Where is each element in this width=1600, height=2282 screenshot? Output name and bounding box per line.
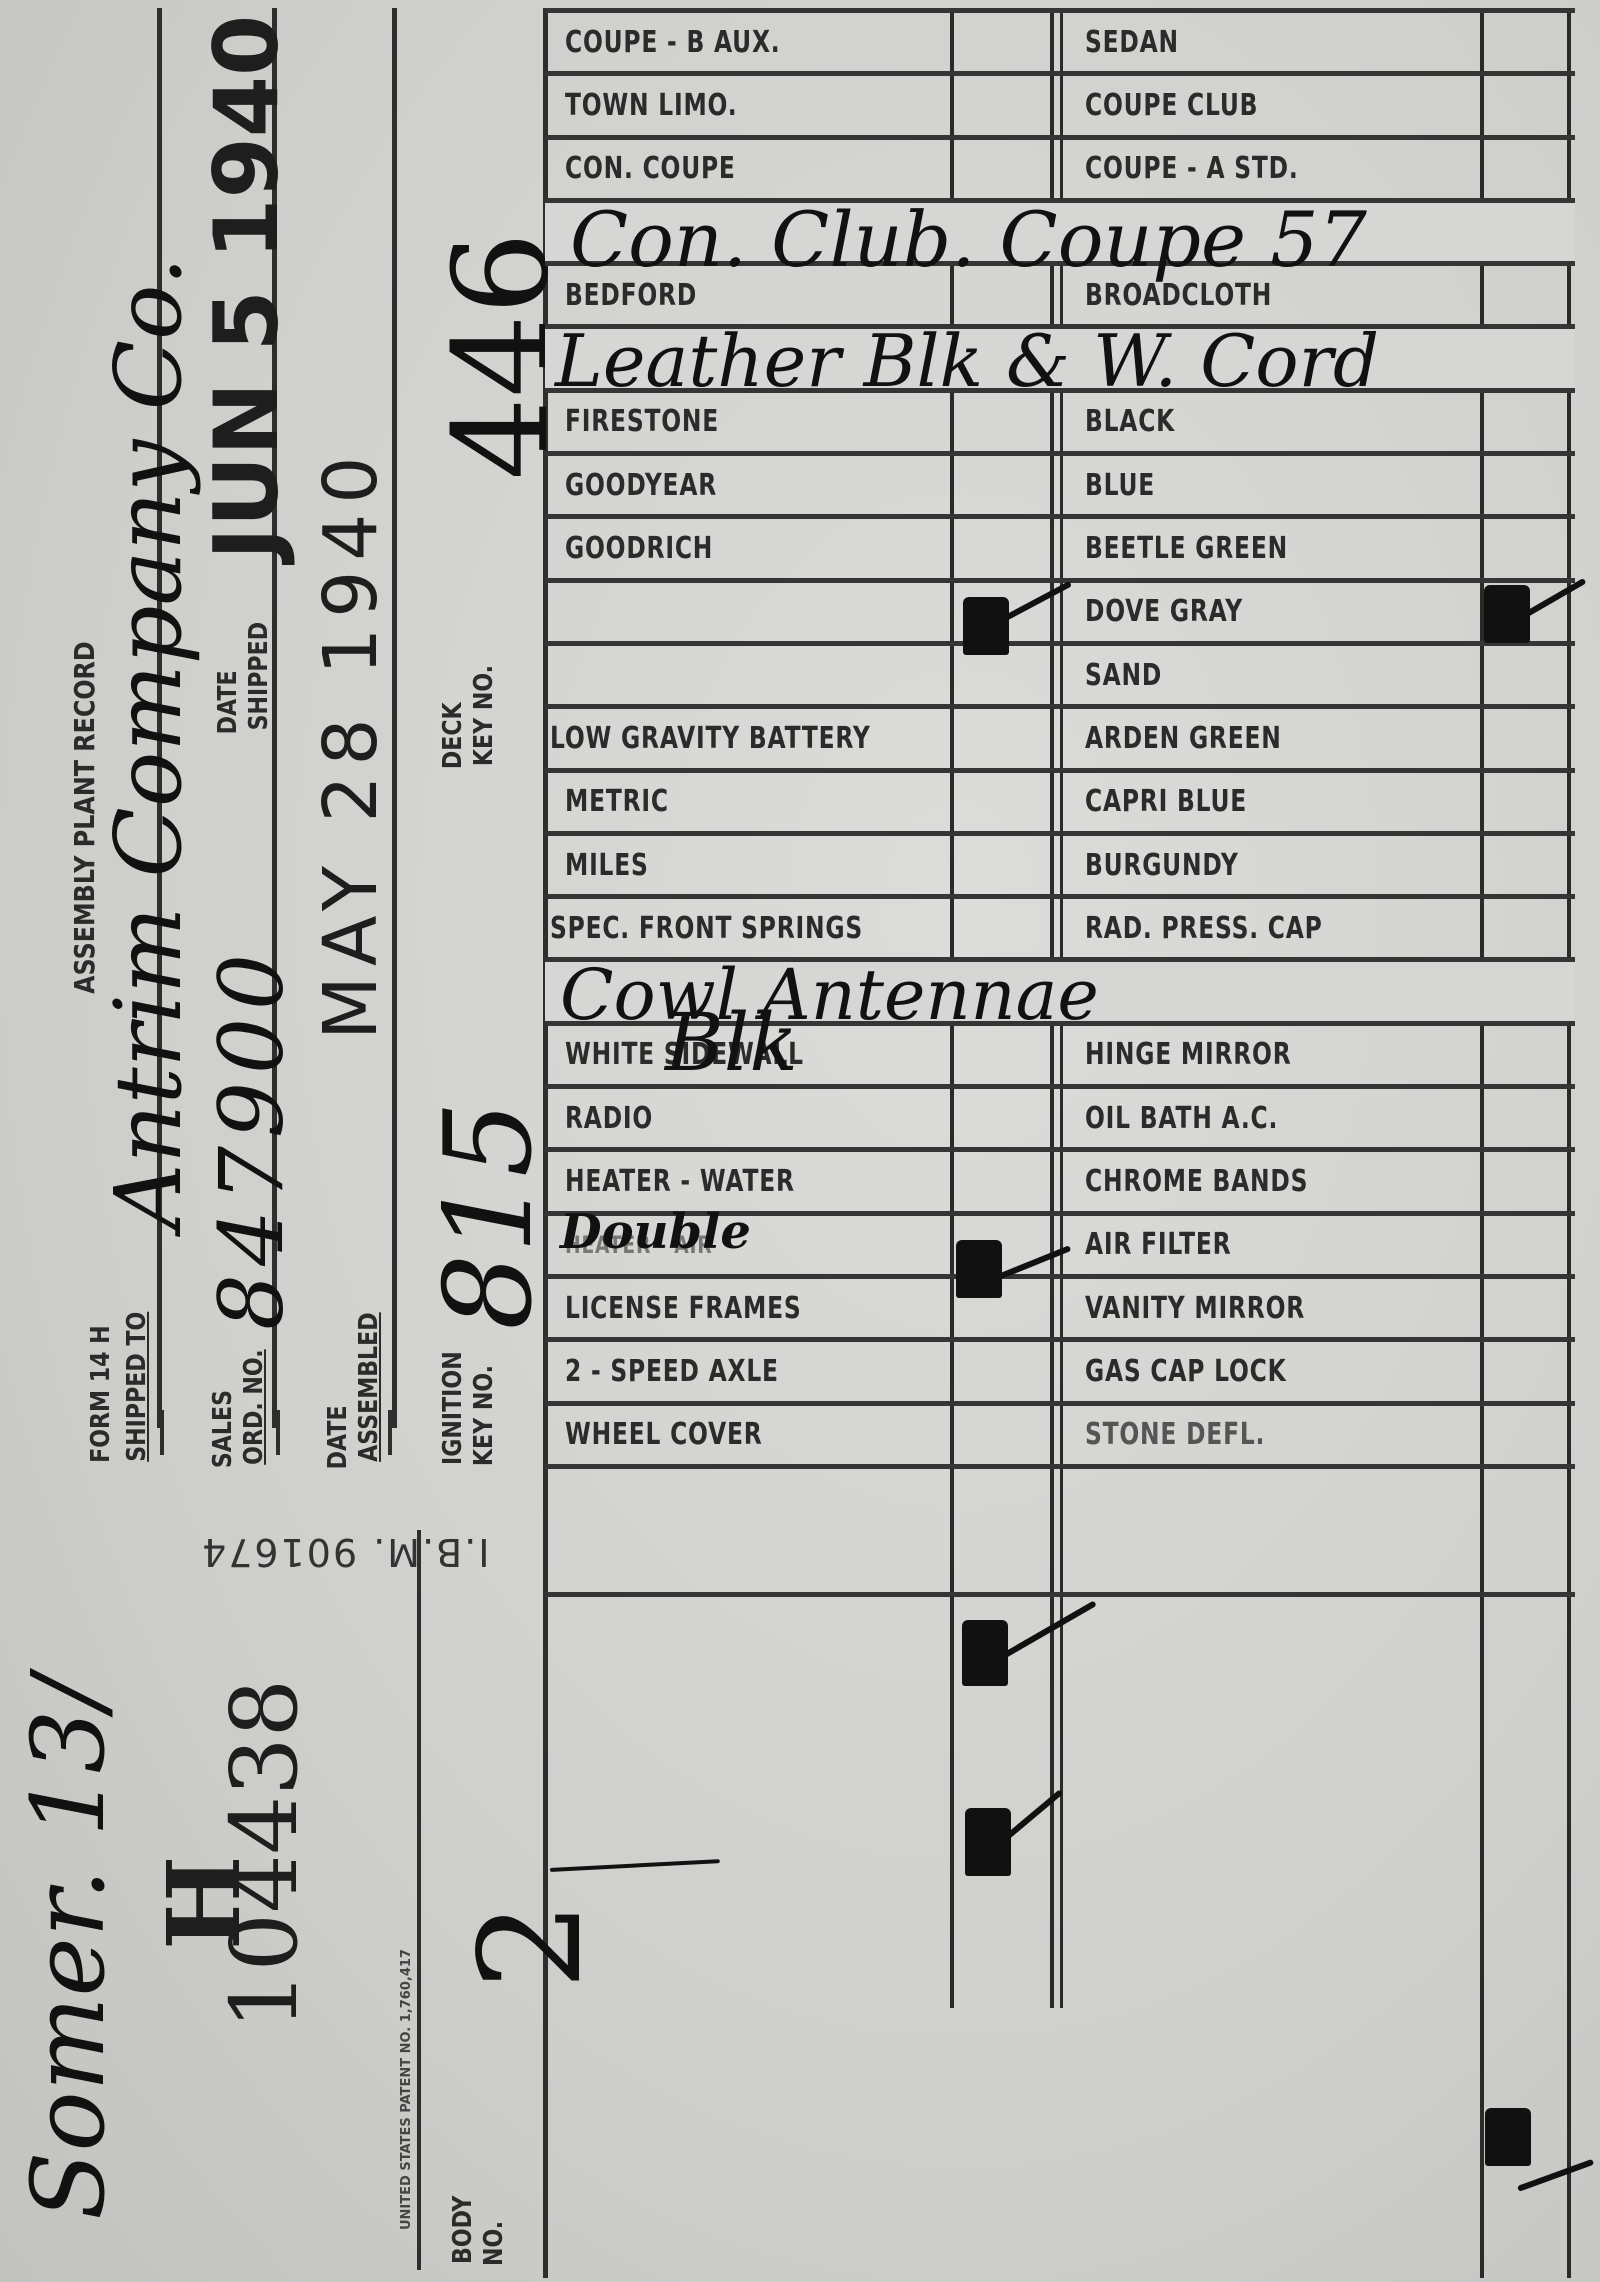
body-no-label: BODY NO. — [450, 2190, 512, 2270]
table-row: COUPE - B AUX.SEDAN — [545, 13, 1575, 76]
assembly-plant-record-card: FORM 14 H SHIPPED TO ASSEMBLY PLANT RECO… — [0, 0, 1600, 2282]
deck-key-label: DECK KEY NO. — [440, 656, 502, 775]
check-mark-stone-defl — [1485, 2108, 1531, 2166]
options-table: COUPE - B AUX.SEDAN TOWN LIMO.COUPE CLUB… — [545, 8, 1575, 1597]
underline-shipped — [160, 1410, 164, 1455]
table-row: TOWN LIMO.COUPE CLUB — [545, 76, 1575, 139]
date-assembled-label: DATE ASSEMBLED — [325, 1299, 387, 1475]
antenna-handwritten: Cowl Antennae — [560, 954, 1099, 1036]
table-row: 2 - SPEED AXLEGAS CAP LOCK — [545, 1342, 1575, 1405]
form-number-label: FORM 14 H — [88, 1313, 114, 1475]
sales-order-label: SALES ORD. NO. — [210, 1339, 272, 1475]
shipped-to-value: Antrim Company Co. — [95, 257, 202, 1230]
table-row: MILESBURGUNDY — [545, 836, 1575, 899]
table-row: LICENSE FRAMESVANITY MIRROR — [545, 1279, 1575, 1342]
table-row: METRICCAPRI BLUE — [545, 773, 1575, 836]
trim-handwritten: Leather Blk & W. Cord — [555, 319, 1379, 403]
check-mark-firestone — [963, 597, 1009, 655]
table-row: SPEC. FRONT SPRINGSRAD. PRESS. CAP — [545, 899, 1575, 962]
ignition-key-value: 815 — [420, 1101, 559, 1330]
sales-order-value: 847900 — [200, 946, 303, 1330]
check-tick-radio — [999, 1600, 1097, 1660]
body-no-value: 2 — [450, 1901, 613, 1990]
check-mark-miles — [956, 1240, 1002, 1298]
table-row: LOW GRAVITY BATTERYARDEN GREEN — [545, 709, 1575, 772]
table-row: FIRESTONEBLACK — [545, 393, 1575, 456]
serial-number: 104438 — [225, 1679, 305, 2030]
handwritten-note: Somer. 13/ — [10, 1676, 127, 2220]
divider-3-lower — [417, 1530, 421, 2270]
underline-sales — [276, 1410, 280, 1455]
date-shipped-value: JUN 5 1940 — [195, 15, 298, 560]
table-row: WHEEL COVERSTONE DEFL. — [545, 1406, 1575, 1469]
serial-prefix: H — [145, 1856, 263, 1950]
table-row: HEATER - AIRDoubleAIR FILTER — [545, 1216, 1575, 1279]
table-row: SAND — [545, 646, 1575, 709]
date-shipped-label: DATE SHIPPED — [215, 612, 277, 740]
double-underline — [550, 1859, 720, 1872]
tire-overwrite: Blk — [665, 996, 798, 1089]
underline-assembled — [388, 1410, 392, 1455]
table-row: WHITE SIDEWALLBlkHINGE MIRROR — [545, 1026, 1575, 1089]
table-row-handwritten: Con. Club. Coupe 57 — [545, 203, 1575, 266]
ibm-number: I.B.M. 901674 — [200, 1530, 489, 1574]
shipped-to-label: SHIPPED TO — [124, 1298, 150, 1475]
table-row: GOODRICHBEETLE GREEN — [545, 519, 1575, 582]
table-row-empty — [545, 1469, 1575, 1597]
patent-text: UNITED STATES PATENT NO. 1,760,417 — [395, 1949, 414, 2230]
date-assembled-value: MAY 28 1940 — [308, 447, 394, 1040]
table-row: RADIOOIL BATH A.C. — [545, 1089, 1575, 1152]
table-row: CON. COUPECOUPE - A STD. — [545, 140, 1575, 203]
heater-overwrite: Double — [560, 1204, 751, 1260]
table-row-handwritten: Leather Blk & W. Cord — [545, 329, 1575, 392]
table-row: GOODYEARBLUE — [545, 456, 1575, 519]
ignition-key-label: IGNITION KEY NO. — [440, 1341, 502, 1475]
